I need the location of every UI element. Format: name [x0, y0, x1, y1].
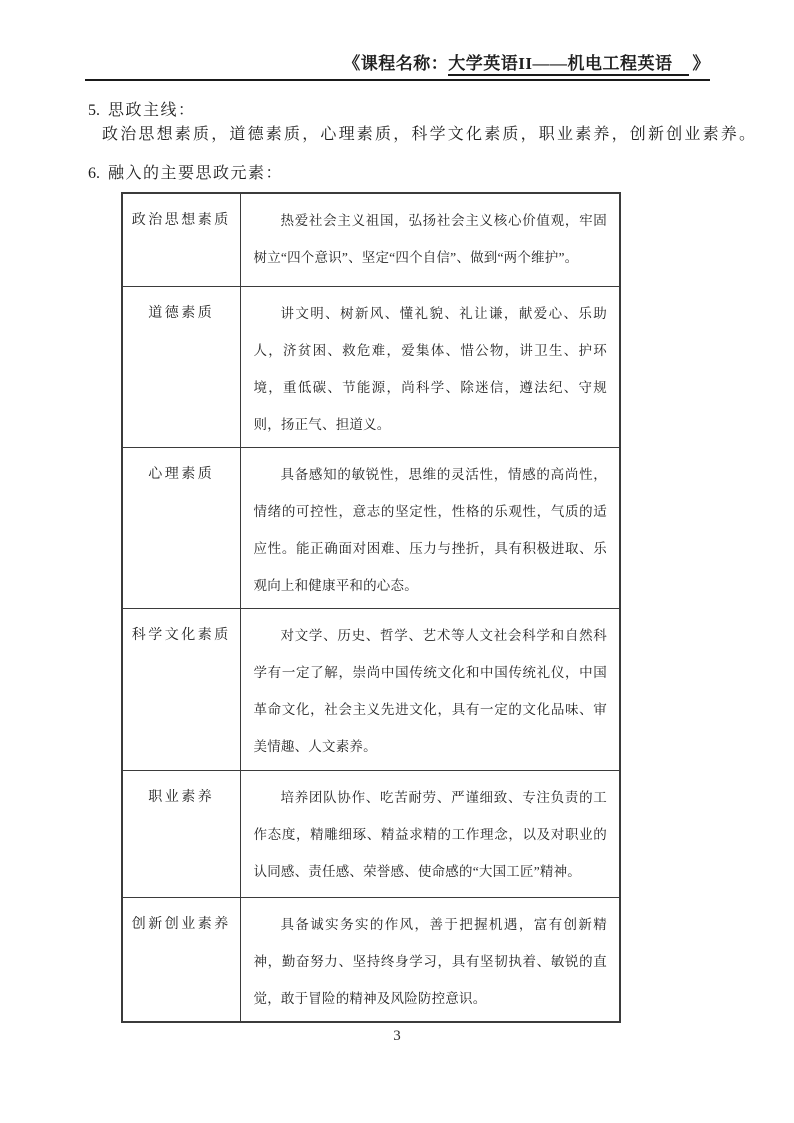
description-text: 具备感知的敏锐性，思维的灵活性，情感的高尚性，情绪的可控性，意志的坚定性，性格的…	[254, 456, 608, 604]
item-5-title: 思政主线：	[108, 102, 196, 119]
item-6-number: 6.	[88, 163, 100, 184]
ideological-elements-table: 政治思想素质 热爱社会主义祖国，弘扬社会主义核心价值观，牢固树立“四个意识”、坚…	[121, 192, 621, 1023]
description-cell: 对文学、历史、哲学、艺术等人文社会科学和自然科学有一定了解，崇尚中国传统文化和中…	[240, 608, 620, 770]
description-text: 热爱社会主义祖国，弘扬社会主义核心价值观，牢固树立“四个意识”、坚定“四个自信”…	[254, 202, 608, 276]
page-number: 3	[0, 1028, 794, 1045]
list-item-6: 6.融入的主要思政元素：	[88, 163, 283, 184]
description-cell: 讲文明、树新风、懂礼貌、礼让谦，献爱心、乐助人，济贫困、救危难，爱集体、惜公物，…	[240, 286, 620, 447]
course-name-underlined: 大学英语II——机电工程英语	[448, 54, 688, 76]
category-cell: 政治思想素质	[122, 193, 240, 286]
course-title-suffix: 》	[693, 54, 711, 73]
item-6-title: 融入的主要思政元素：	[108, 165, 283, 182]
table-row-moral: 道德素质 讲文明、树新风、懂礼貌、礼让谦，献爱心、乐助人，济贫困、救危难，爱集体…	[122, 286, 620, 447]
category-cell: 创新创业素养	[122, 897, 240, 1022]
table-row-psychological: 心理素质 具备感知的敏锐性，思维的灵活性，情感的高尚性，情绪的可控性，意志的坚定…	[122, 447, 620, 608]
item-5-body: 政治思想素质，道德素质，心理素质，科学文化素质，职业素养，创新创业素养。	[102, 124, 757, 145]
description-text: 具备诚实务实的作风，善于把握机遇，富有创新精神，勤奋努力、坚持终身学习，具有坚韧…	[254, 906, 608, 1017]
description-text: 讲文明、树新风、懂礼貌、礼让谦，献爱心、乐助人，济贫困、救危难，爱集体、惜公物，…	[254, 295, 608, 443]
description-text: 对文学、历史、哲学、艺术等人文社会科学和自然科学有一定了解，崇尚中国传统文化和中…	[254, 617, 608, 765]
table-row-political: 政治思想素质 热爱社会主义祖国，弘扬社会主义核心价值观，牢固树立“四个意识”、坚…	[122, 193, 620, 286]
category-cell: 心理素质	[122, 447, 240, 608]
table-row-scientific-cultural: 科学文化素质 对文学、历史、哲学、艺术等人文社会科学和自然科学有一定了解，崇尚中…	[122, 608, 620, 770]
course-title: 《课程名称：大学英语II——机电工程英语》	[343, 53, 710, 75]
description-text: 培养团队协作、吃苦耐劳、严谨细致、专注负责的工作态度，精雕细琢、精益求精的工作理…	[254, 779, 608, 890]
header-rule	[85, 79, 710, 81]
description-cell: 具备诚实务实的作风，善于把握机遇，富有创新精神，勤奋努力、坚持终身学习，具有坚韧…	[240, 897, 620, 1022]
item-5-number: 5.	[88, 100, 100, 121]
description-cell: 培养团队协作、吃苦耐劳、严谨细致、专注负责的工作态度，精雕细琢、精益求精的工作理…	[240, 770, 620, 897]
table-row-professional: 职业素养 培养团队协作、吃苦耐劳、严谨细致、专注负责的工作态度，精雕细琢、精益求…	[122, 770, 620, 897]
description-cell: 热爱社会主义祖国，弘扬社会主义核心价值观，牢固树立“四个意识”、坚定“四个自信”…	[240, 193, 620, 286]
course-title-prefix: 《课程名称：	[343, 54, 448, 73]
description-cell: 具备感知的敏锐性，思维的灵活性，情感的高尚性，情绪的可控性，意志的坚定性，性格的…	[240, 447, 620, 608]
list-item-5: 5.思政主线：	[88, 100, 196, 121]
category-cell: 道德素质	[122, 286, 240, 447]
category-cell: 科学文化素质	[122, 608, 240, 770]
table-row-innovation: 创新创业素养 具备诚实务实的作风，善于把握机遇，富有创新精神，勤奋努力、坚持终身…	[122, 897, 620, 1022]
category-cell: 职业素养	[122, 770, 240, 897]
document-page: 《课程名称：大学英语II——机电工程英语》 5.思政主线： 政治思想素质，道德素…	[0, 0, 794, 1123]
